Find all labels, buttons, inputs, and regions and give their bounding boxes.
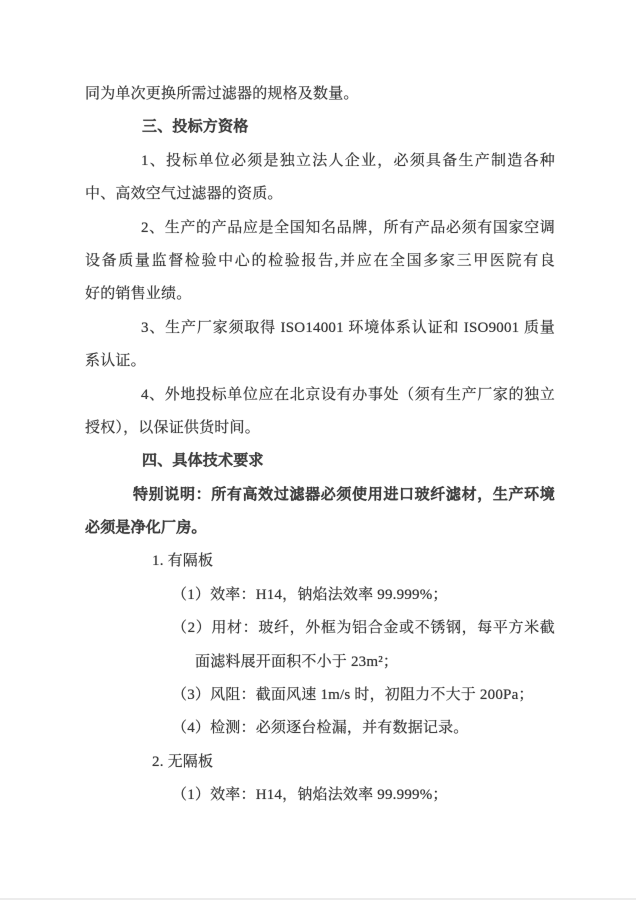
text-line: 1、投标单位必须是独立法人企业，必须具备生产制造各种初、 (85, 145, 555, 178)
document-page: 同为单次更换所需过滤器的规格及数量。三、投标方资格1、投标单位必须是独立法人企业… (0, 0, 636, 900)
text-line: 特别说明：所有高效过滤器必须使用进口玻纤滤材，生产环境 (85, 479, 555, 512)
text-line: 2、生产的产品应是全国知名品牌，所有产品必须有国家空调 (85, 212, 555, 245)
text-line: （1）效率：H14，钠焰法效率 99.999%； (85, 579, 555, 612)
text-line: 2. 无隔板 (85, 746, 555, 779)
text-line: 授权），以保证供货时间。 (85, 412, 555, 445)
text-line: 3、生产厂家须取得 ISO14001 环境体系认证和 ISO9001 质量体 (85, 312, 555, 345)
text-line: 面滤料展开面积不小于 23m²； (85, 646, 555, 679)
text-line: 好的销售业绩。 (85, 278, 555, 311)
text-line: （1）效率：H14，钠焰法效率 99.999%； (85, 779, 555, 812)
text-line: 系认证。 (85, 345, 555, 378)
text-line: 1. 有隔板 (85, 545, 555, 578)
text-line: 四、具体技术要求 (85, 445, 555, 478)
text-line: 设备质量监督检验中心的检验报告,并应在全国多家三甲医院有良 (85, 245, 555, 278)
text-line: （3）风阻：截面风速 1m/s 时，初阻力不大于 200Pa； (85, 679, 555, 712)
text-line: 4、外地投标单位应在北京设有办事处（须有生产厂家的独立 (85, 379, 555, 412)
text-line: （2）用材：玻纤，外框为铝合金或不锈钢，每平方米截 (85, 612, 555, 645)
text-line: 必须是净化厂房。 (85, 512, 555, 545)
document-body: 同为单次更换所需过滤器的规格及数量。三、投标方资格1、投标单位必须是独立法人企业… (85, 78, 555, 813)
text-line: （4）检测：必须逐台检漏，并有数据记录。 (85, 712, 555, 745)
text-line: 中、高效空气过滤器的资质。 (85, 178, 555, 211)
text-line: 三、投标方资格 (85, 111, 555, 144)
text-line: 同为单次更换所需过滤器的规格及数量。 (85, 78, 555, 111)
